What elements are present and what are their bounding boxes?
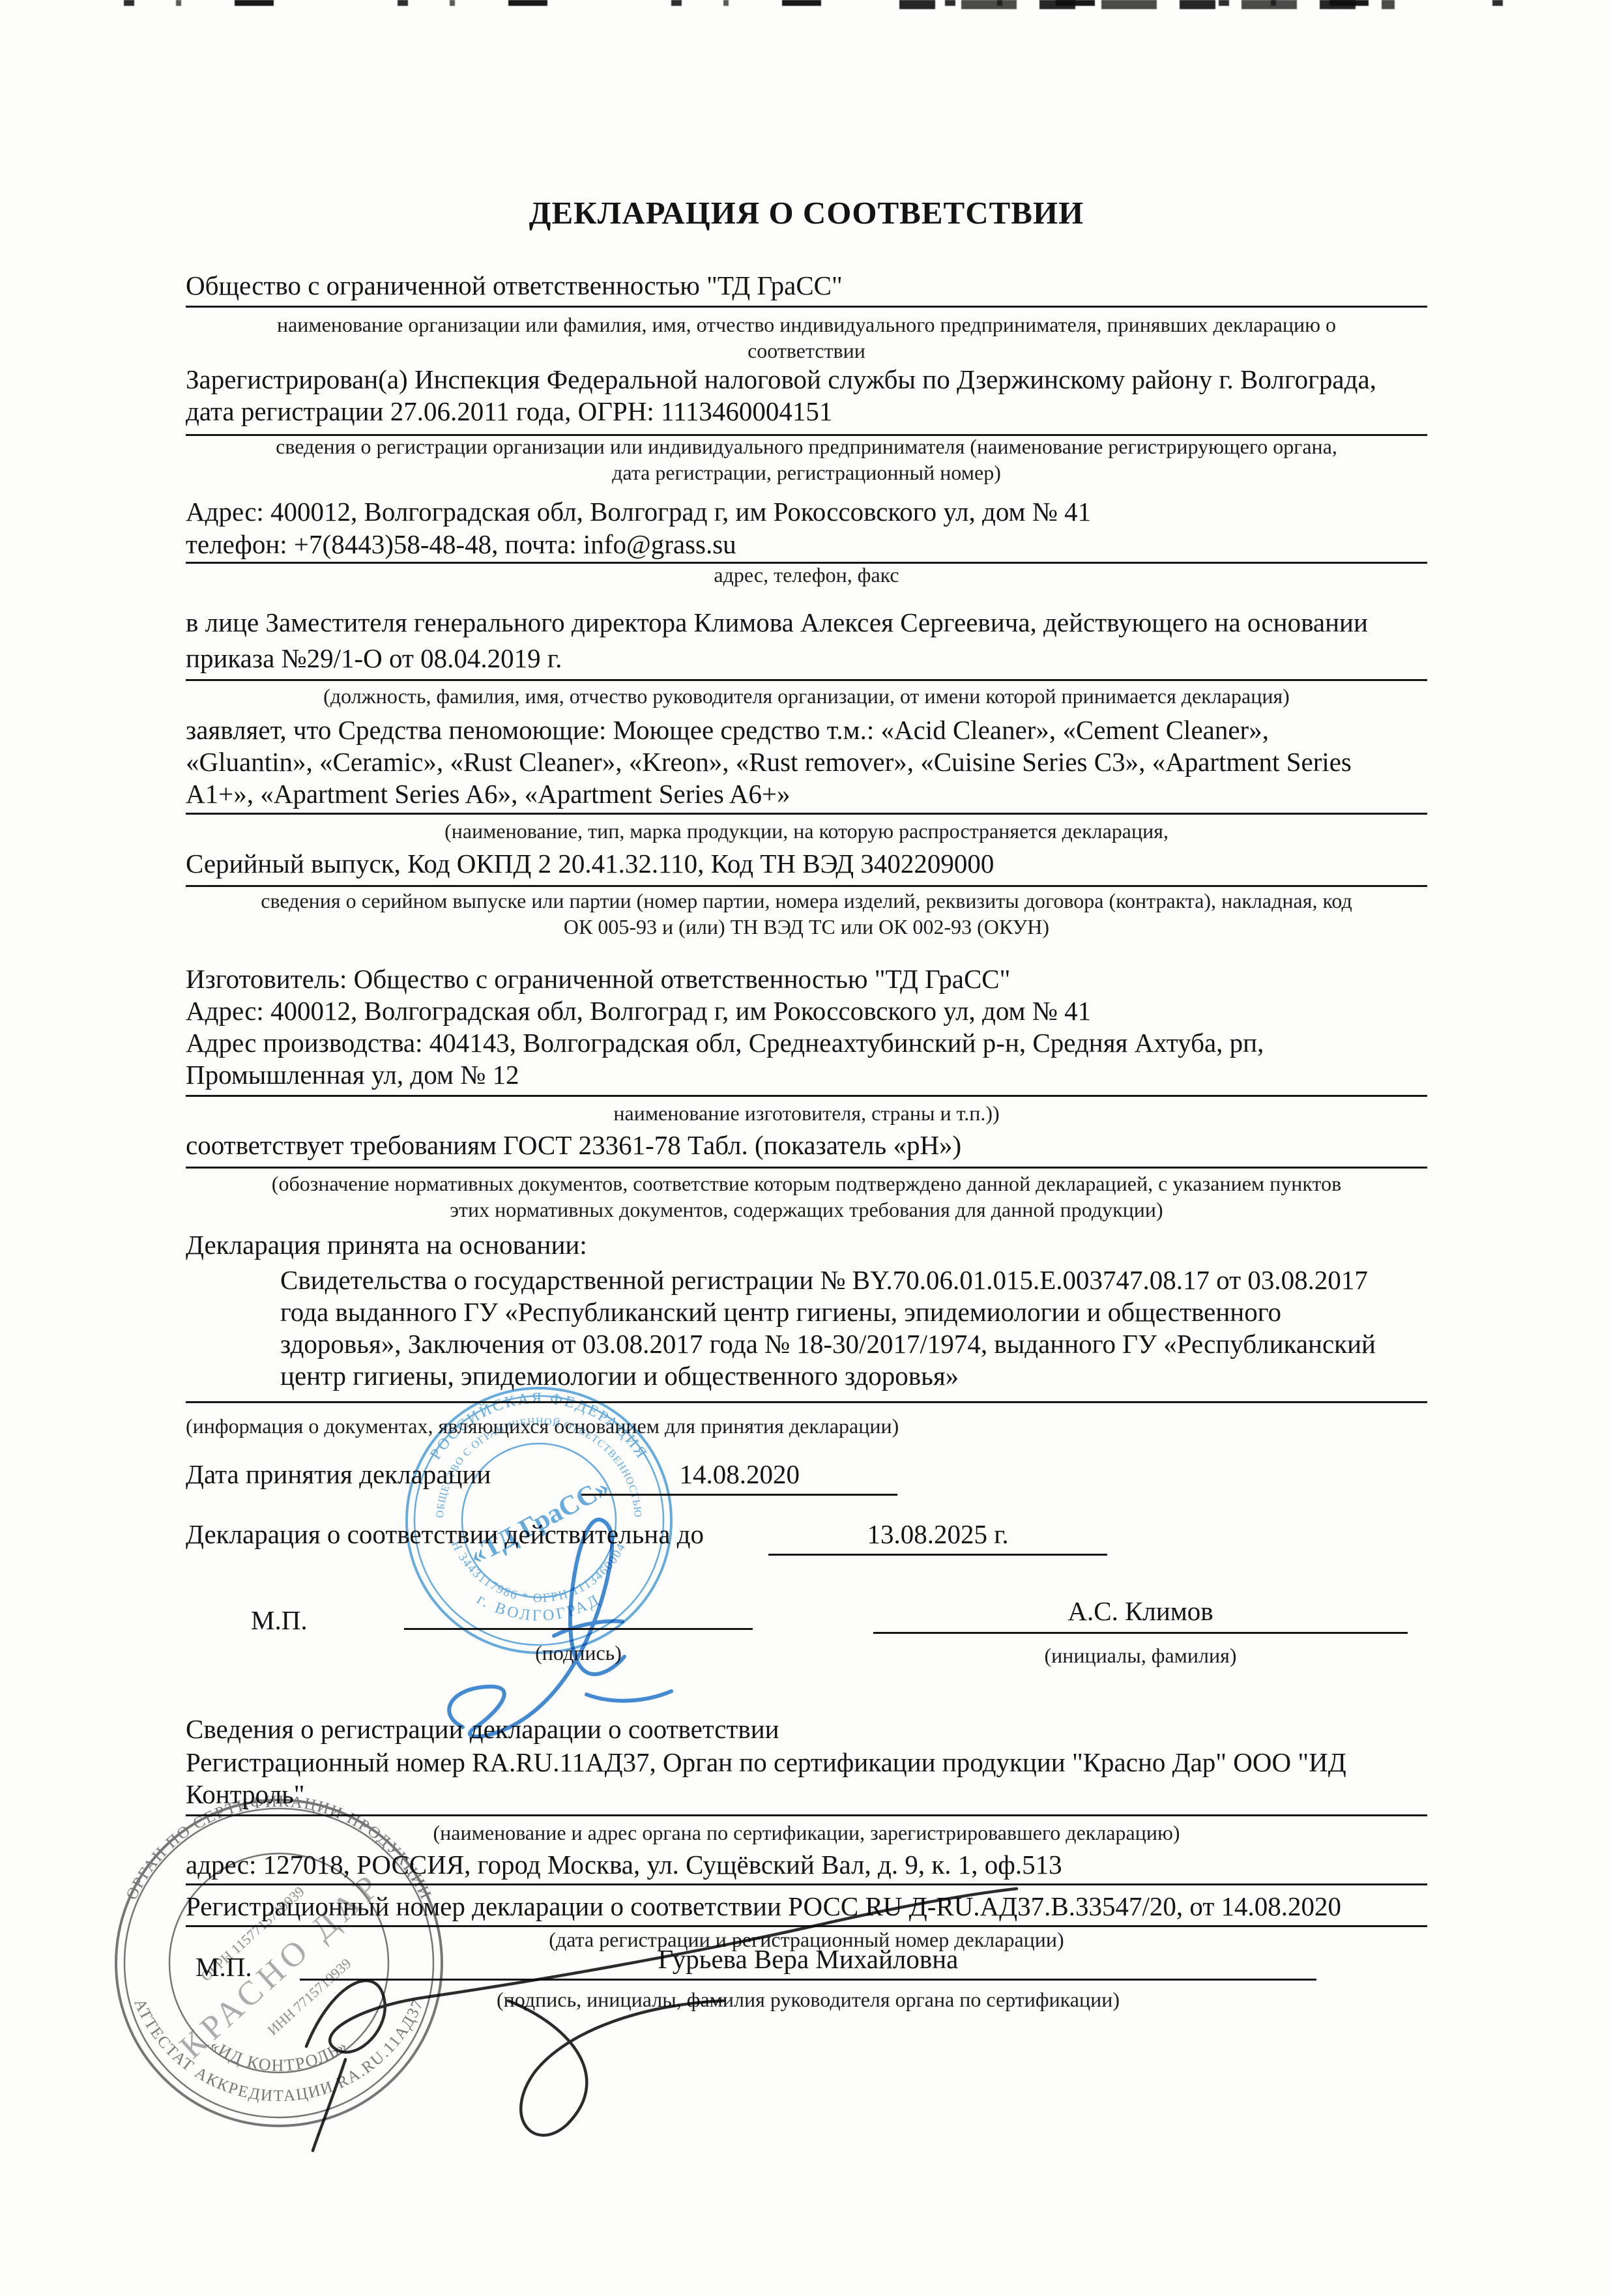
products: заявляет, что Средства пеномоющие: Моюще… xyxy=(186,714,1427,815)
standard-caption: (обозначение нормативных документов, соо… xyxy=(259,1170,1354,1223)
basis-label: Декларация принята на основании: xyxy=(186,1228,587,1261)
basis-line: здоровья», Заключения от 03.08.2017 года… xyxy=(280,1328,1427,1360)
representative-line: в лице Заместителя генерального директор… xyxy=(186,605,1427,641)
representative-line: приказа №29/1-О от 08.04.2019 г. xyxy=(186,641,1427,676)
registry-signature xyxy=(228,1864,1088,2167)
basis-documents: Свидетельства о государственной регистра… xyxy=(186,1264,1427,1403)
representative: в лице Заместителя генерального директор… xyxy=(186,605,1427,681)
declaration-document: ДЕКЛАРАЦИЯ О СООТВЕТСТВИИ Общество с огр… xyxy=(0,0,1611,2296)
declarant-head-name: А.С. Климов xyxy=(873,1595,1408,1634)
standard-reference: соответствует требованиям ГОСТ 23361-78 … xyxy=(186,1129,1427,1169)
manufacturer: Изготовитель: Общество с ограниченной от… xyxy=(186,963,1427,1097)
manufacturer-caption: наименование изготовителя, страны и т.п.… xyxy=(186,1100,1427,1126)
registration-line: дата регистрации 27.06.2011 года, ОГРН: … xyxy=(186,396,1427,428)
declarant-name-caption: (инициалы, фамилия) xyxy=(873,1642,1408,1668)
manufacturer-line: Промышленная ул, дом № 12 xyxy=(186,1059,1427,1091)
serial-info: Серийный выпуск, Код ОКПД 2 20.41.32.110… xyxy=(186,847,1427,887)
declarant-signature xyxy=(391,1479,756,1756)
declarant-stamp-place: М.П. xyxy=(251,1605,308,1636)
products-line: A1+», «Apartment Series A6», «Apartment … xyxy=(186,778,1427,810)
declarant-phone: телефон: +7(8443)58-48-48, почта: info@g… xyxy=(186,528,1427,560)
registry-body-line: Регистрационный номер RA.RU.11АД37, Орга… xyxy=(186,1747,1427,1779)
products-caption: (наименование, тип, марка продукции, на … xyxy=(186,818,1427,844)
registration-line: Зарегистрирован(а) Инспекция Федеральной… xyxy=(186,364,1427,396)
scan-artifact xyxy=(899,0,1395,9)
manufacturer-line: Адрес: 400012, Волгоградская обл, Волгог… xyxy=(186,995,1427,1027)
validity-value: 13.08.2025 г. xyxy=(768,1519,1107,1556)
manufacturer-line: Адрес производства: 404143, Волгоградска… xyxy=(186,1027,1427,1059)
serial-caption: сведения о серийном выпуске или партии (… xyxy=(259,888,1354,940)
contacts: Адрес: 400012, Волгоградская обл, Волгог… xyxy=(186,495,1427,564)
declarant-address: Адрес: 400012, Волгоградская обл, Волгог… xyxy=(186,495,1427,528)
page-title: ДЕКЛАРАЦИЯ О СООТВЕТСТВИИ xyxy=(186,194,1427,231)
basis-line: Свидетельства о государственной регистра… xyxy=(280,1264,1427,1296)
registration-caption: сведения о регистрации организации или и… xyxy=(259,433,1354,486)
products-line: заявляет, что Средства пеномоющие: Моюще… xyxy=(186,714,1427,746)
registration-info: Зарегистрирован(а) Инспекция Федеральной… xyxy=(186,364,1427,436)
representative-caption: (должность, фамилия, имя, отчество руков… xyxy=(259,683,1354,709)
basis-line: года выданного ГУ «Республиканский центр… xyxy=(280,1296,1427,1328)
declarant-name: Общество с ограниченной ответственностью… xyxy=(186,269,1427,308)
products-line: «Gluantin», «Ceramic», «Rust Cleaner», «… xyxy=(186,746,1427,778)
declarant-caption: наименование организации или фамилия, им… xyxy=(259,312,1354,364)
manufacturer-line: Изготовитель: Общество с ограниченной от… xyxy=(186,963,1427,995)
basis-caption: (информация о документах, являющихся осн… xyxy=(186,1413,1427,1439)
contacts-caption: адрес, телефон, факс xyxy=(186,562,1427,588)
